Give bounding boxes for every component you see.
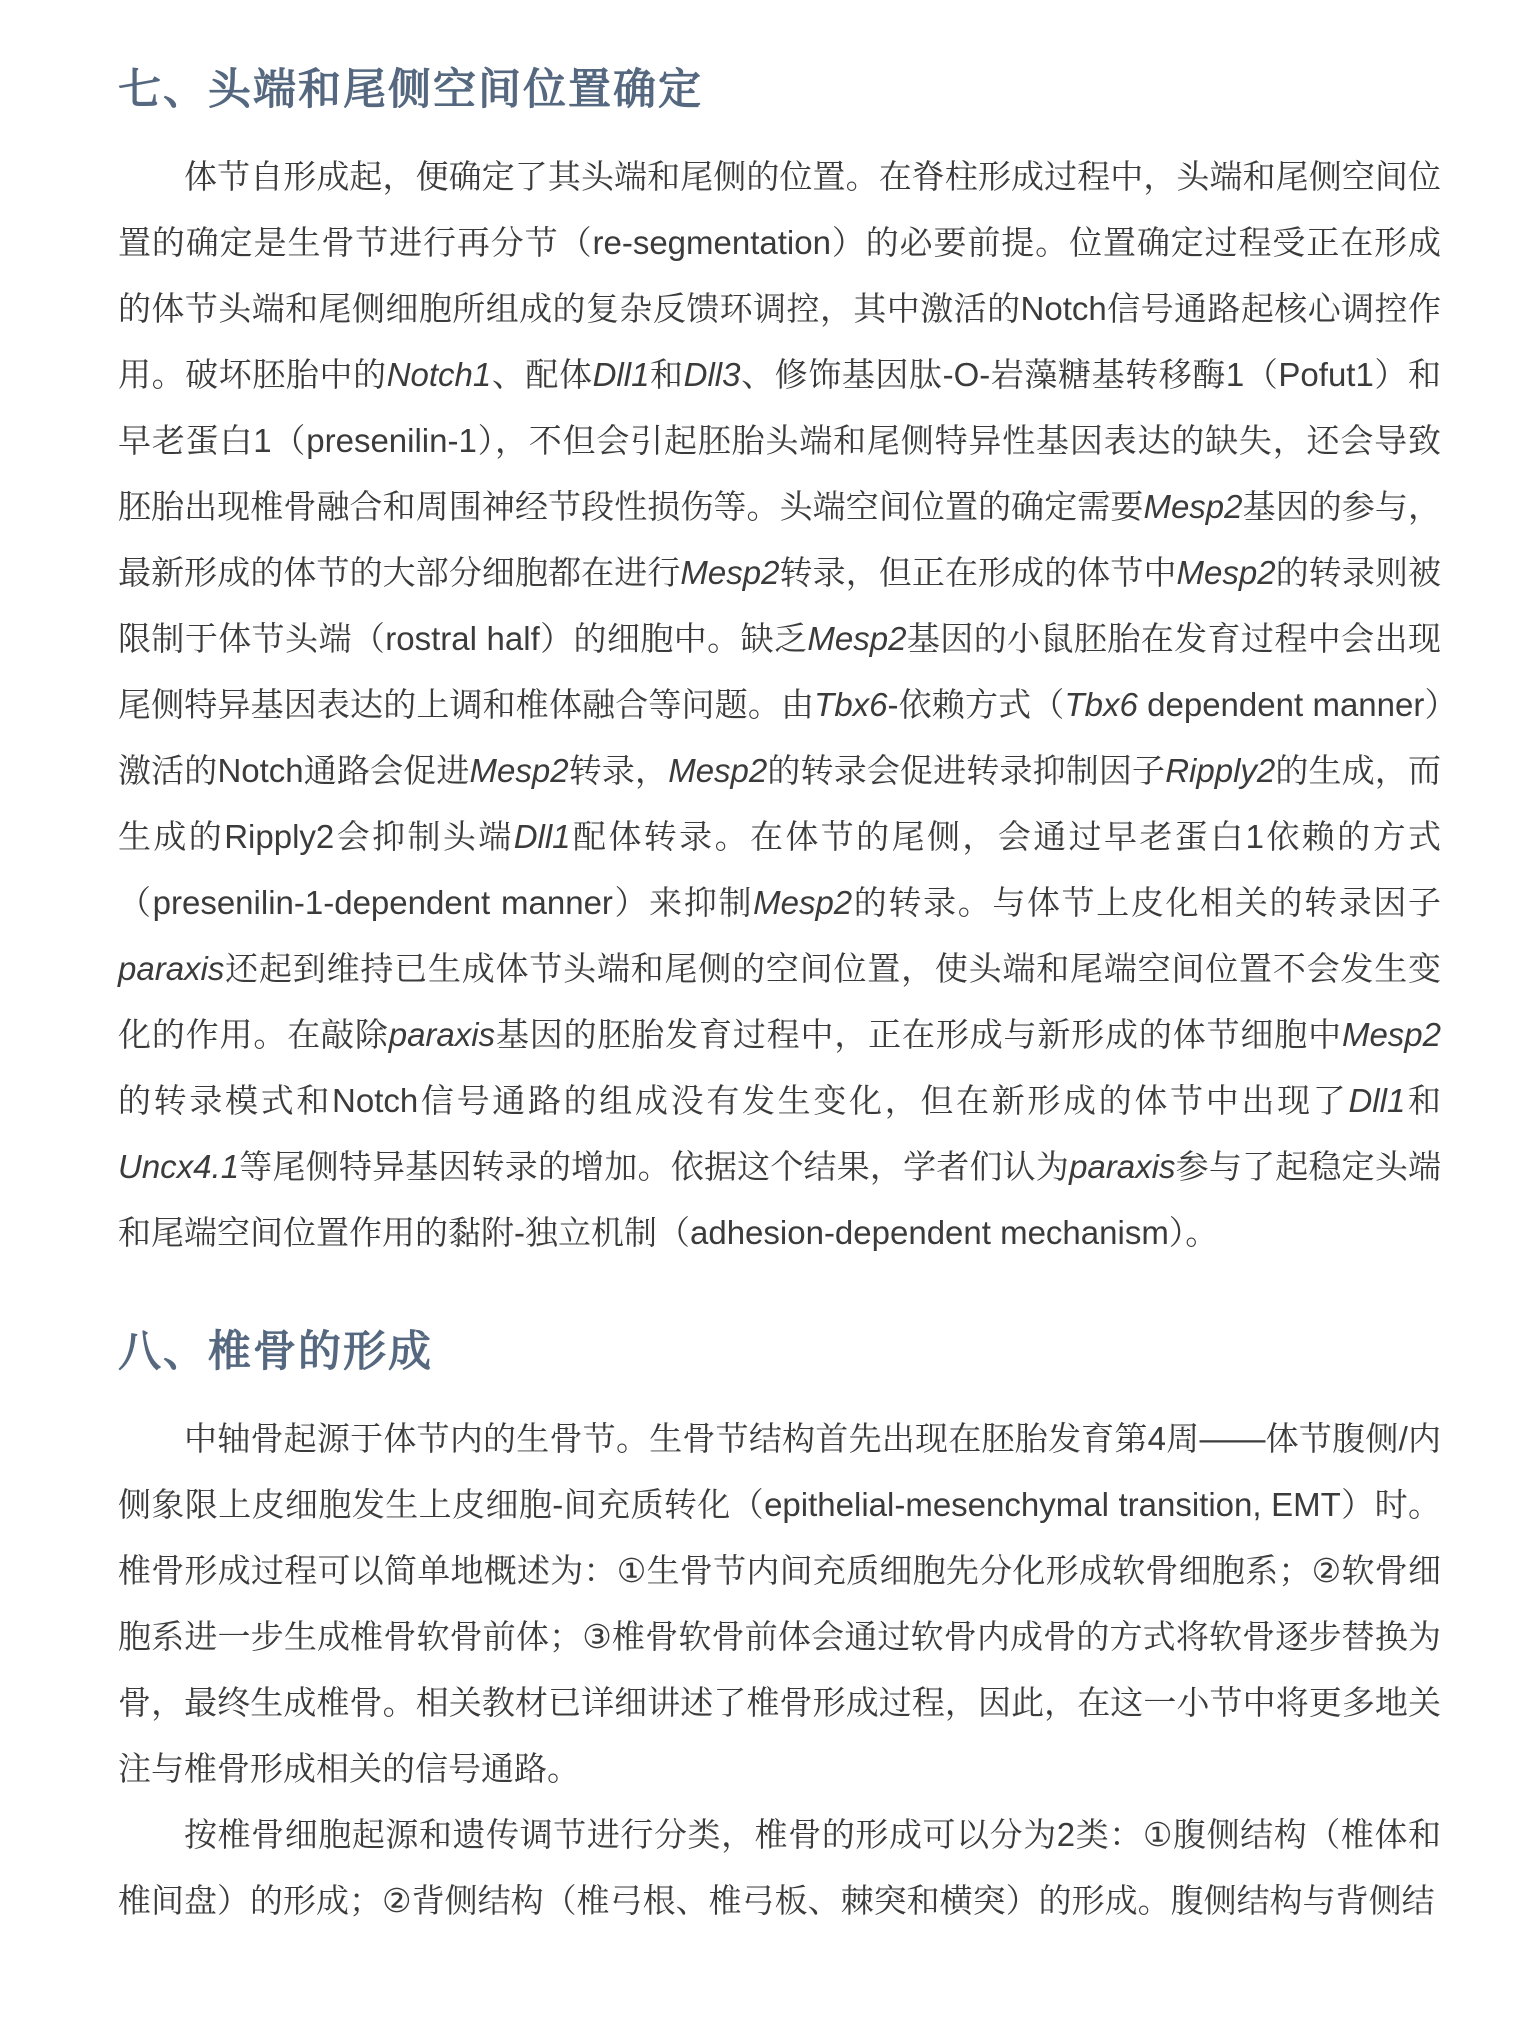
text-run: 和 xyxy=(649,356,683,393)
section: 八、椎骨的形成中轴骨起源于体节内的生骨节。生骨节结构首先出现在胚胎发育第4周——… xyxy=(118,1328,1441,1934)
text-run: 转录，但正在形成的体节中 xyxy=(779,554,1176,591)
gene-name-italic: Mesp2 xyxy=(1177,554,1276,591)
gene-name-italic: Mesp2 xyxy=(680,554,779,591)
gene-name-italic: Dll1 xyxy=(514,818,571,855)
gene-name-italic: Dll1 xyxy=(1348,1082,1405,1119)
gene-name-italic: Ripply2 xyxy=(1165,752,1275,789)
gene-name-italic: paraxis xyxy=(389,1016,495,1053)
gene-name-italic: Dll1 xyxy=(593,356,650,393)
text-run: -依赖方式（ xyxy=(888,686,1065,723)
gene-name-italic: Tbx6 xyxy=(814,686,887,723)
text-run: 基因的胚胎发育过程中，正在形成与新形成的体节细胞中 xyxy=(495,1016,1342,1053)
text-run: 按椎骨细胞起源和遗传调节进行分类，椎骨的形成可以分为2类：①腹侧结构（椎体和椎间… xyxy=(118,1816,1441,1919)
gene-name-italic: Uncx4.1 xyxy=(118,1148,239,1185)
document-page: 七、头端和尾侧空间位置确定体节自形成起，便确定了其头端和尾侧的位置。在脊柱形成过… xyxy=(0,0,1536,2019)
gene-name-italic: Mesp2 xyxy=(1143,488,1242,525)
section-heading: 七、头端和尾侧空间位置确定 xyxy=(118,66,1441,116)
gene-name-italic: Notch1 xyxy=(387,356,492,393)
gene-name-italic: Mesp2 xyxy=(753,884,852,921)
gene-name-italic: Mesp2 xyxy=(470,752,569,789)
paragraph: 按椎骨细胞起源和遗传调节进行分类，椎骨的形成可以分为2类：①腹侧结构（椎体和椎间… xyxy=(118,1802,1441,1934)
text-run: 中轴骨起源于体节内的生骨节。生骨节结构首先出现在胚胎发育第4周——体节腹侧/内侧… xyxy=(118,1420,1441,1787)
text-run: 的转录模式和Notch信号通路的组成没有发生变化，但在新形成的体节中出现了 xyxy=(118,1082,1348,1119)
section-heading: 八、椎骨的形成 xyxy=(118,1328,1441,1378)
text-run: 转录， xyxy=(569,752,669,789)
text-run: 的转录。与体节上皮化相关的转录因子 xyxy=(852,884,1441,921)
gene-name-italic: Tbx6 xyxy=(1064,686,1137,723)
text-run: 等尾侧特异基因转录的增加。依据这个结果，学者们认为 xyxy=(239,1148,1069,1185)
section: 七、头端和尾侧空间位置确定体节自形成起，便确定了其头端和尾侧的位置。在脊柱形成过… xyxy=(118,66,1441,1266)
gene-name-italic: Dll3 xyxy=(684,356,741,393)
gene-name-italic: Mesp2 xyxy=(807,620,906,657)
text-run: 的转录会促进转录抑制因子 xyxy=(767,752,1165,789)
text-run: 、配体 xyxy=(491,356,592,393)
gene-name-italic: paraxis xyxy=(118,950,224,987)
text-run: 和 xyxy=(1405,1082,1441,1119)
gene-name-italic: paraxis xyxy=(1069,1148,1175,1185)
gene-name-italic: Mesp2 xyxy=(1342,1016,1441,1053)
gene-name-italic: Mesp2 xyxy=(668,752,767,789)
paragraph: 体节自形成起，便确定了其头端和尾侧的位置。在脊柱形成过程中，头端和尾侧空间位置的… xyxy=(118,144,1441,1266)
paragraph: 中轴骨起源于体节内的生骨节。生骨节结构首先出现在胚胎发育第4周——体节腹侧/内侧… xyxy=(118,1406,1441,1802)
